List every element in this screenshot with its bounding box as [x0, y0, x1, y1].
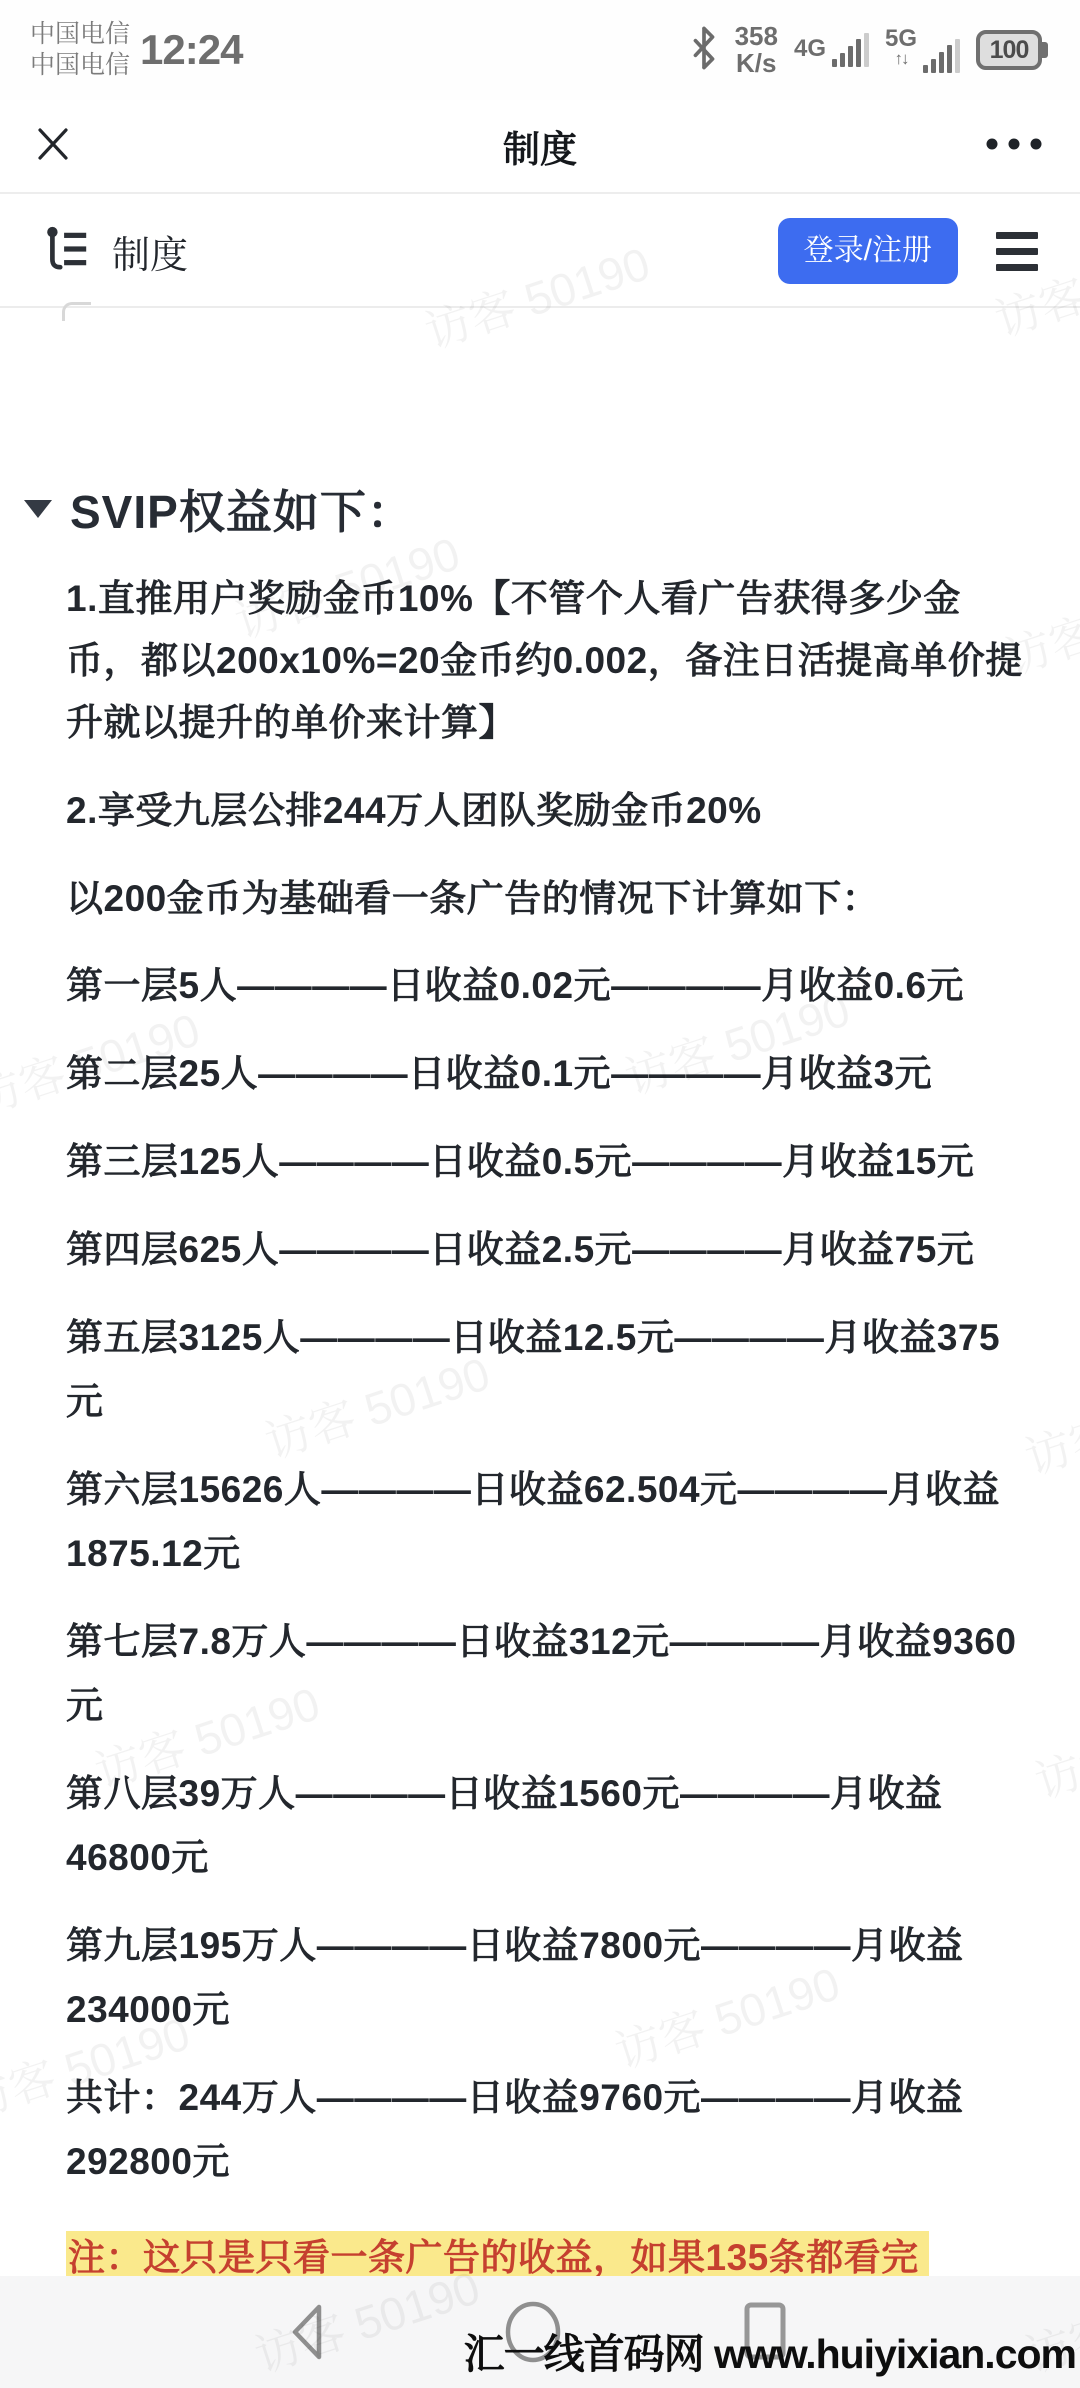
benefit-row: 第九层195万人————日收益7800元————月收益234000元 [66, 1914, 1024, 2042]
heading-text: SVIP权益如下： [70, 476, 414, 542]
login-register-button[interactable]: 登录/注册 [778, 218, 958, 284]
data-arrows-icon: ↑↓ [894, 51, 907, 67]
label-5g: 5G [885, 27, 917, 51]
battery-level: 100 [990, 36, 1029, 65]
clock: 12:24 [140, 26, 242, 74]
signal-bars-4g-icon [832, 33, 869, 67]
signal-bars-5g-icon [923, 39, 960, 73]
status-left: 中国电信 中国电信 12:24 [30, 19, 242, 81]
benefit-row: 第六层15626人————日收益62.504元————月收益1875.12元 [66, 1458, 1024, 1586]
network-speed: 358 K/s [735, 23, 778, 77]
status-right: 358 K/s 4G 5G ↑↓ 100 [689, 23, 1050, 77]
signal-5g: 5G ↑↓ [885, 27, 960, 73]
site-header: 制度 登录/注册 [0, 196, 1080, 308]
benefit-row: 第八层39万人————日收益1560元————月收益46800元 [66, 1762, 1024, 1890]
outline-tree-icon[interactable] [42, 223, 94, 280]
hamburger-menu-icon[interactable] [996, 232, 1038, 271]
svip-section-heading[interactable]: SVIP权益如下： [24, 476, 1024, 542]
site-title: 制度 [112, 224, 188, 279]
bluetooth-icon [689, 26, 719, 75]
speed-value: 358 [735, 23, 778, 50]
benefit-paragraph-3: 以200金币为基础看一条广告的情况下计算如下： [66, 868, 1024, 930]
benefit-row: 第四层625人————日收益2.5元————月收益75元 [66, 1218, 1024, 1282]
benefit-row: 第五层3125人————日收益12.5元————月收益375元 [66, 1306, 1024, 1434]
scrolled-element-edge [62, 302, 91, 321]
benefit-row: 第二层25人————日收益0.1元————月收益3元 [66, 1042, 1024, 1106]
nav-back-icon[interactable] [283, 2300, 333, 2364]
benefit-paragraph-2: 2.享受九层公排244万人团队奖励金币20% [66, 780, 1024, 842]
app-title-bar: 制度 [0, 100, 1080, 194]
benefit-row: 第一层5人————日收益0.02元————月收益0.6元 [66, 954, 1024, 1018]
benefit-paragraph-1: 1.直推用户奖励金币10%【不管个人看广告获得多少金币，都以200x10%=20… [66, 568, 1024, 754]
article-content: SVIP权益如下： 1.直推用户奖励金币10%【不管个人看广告获得多少金币，都以… [0, 310, 1080, 2366]
benefit-row: 共计：244万人————日收益9760元————月收益292800元 [66, 2066, 1024, 2194]
benefit-row: 第七层7.8万人————日收益312元————月收益9360元 [66, 1610, 1024, 1738]
label-4g: 4G [794, 37, 826, 61]
phone-screen: 中国电信 中国电信 12:24 358 K/s 4G 5G [0, 0, 1080, 2388]
collapse-triangle-icon [24, 500, 52, 518]
carrier-2: 中国电信 [30, 50, 130, 81]
carrier-1: 中国电信 [30, 19, 130, 50]
site-watermark-text: 汇一线首码网 www.huiyixian.com [464, 2321, 1076, 2380]
status-bar: 中国电信 中国电信 12:24 358 K/s 4G 5G [0, 0, 1080, 100]
benefit-row: 第三层125人————日收益0.5元————月收益15元 [66, 1130, 1024, 1194]
page-title: 制度 [0, 119, 1080, 173]
signal-4g: 4G [794, 33, 869, 67]
carrier-labels: 中国电信 中国电信 [30, 19, 130, 81]
benefit-rows: 第一层5人————日收益0.02元————月收益0.6元第二层25人————日收… [66, 954, 1024, 2194]
speed-unit: K/s [736, 50, 776, 77]
battery-icon: 100 [976, 30, 1042, 70]
